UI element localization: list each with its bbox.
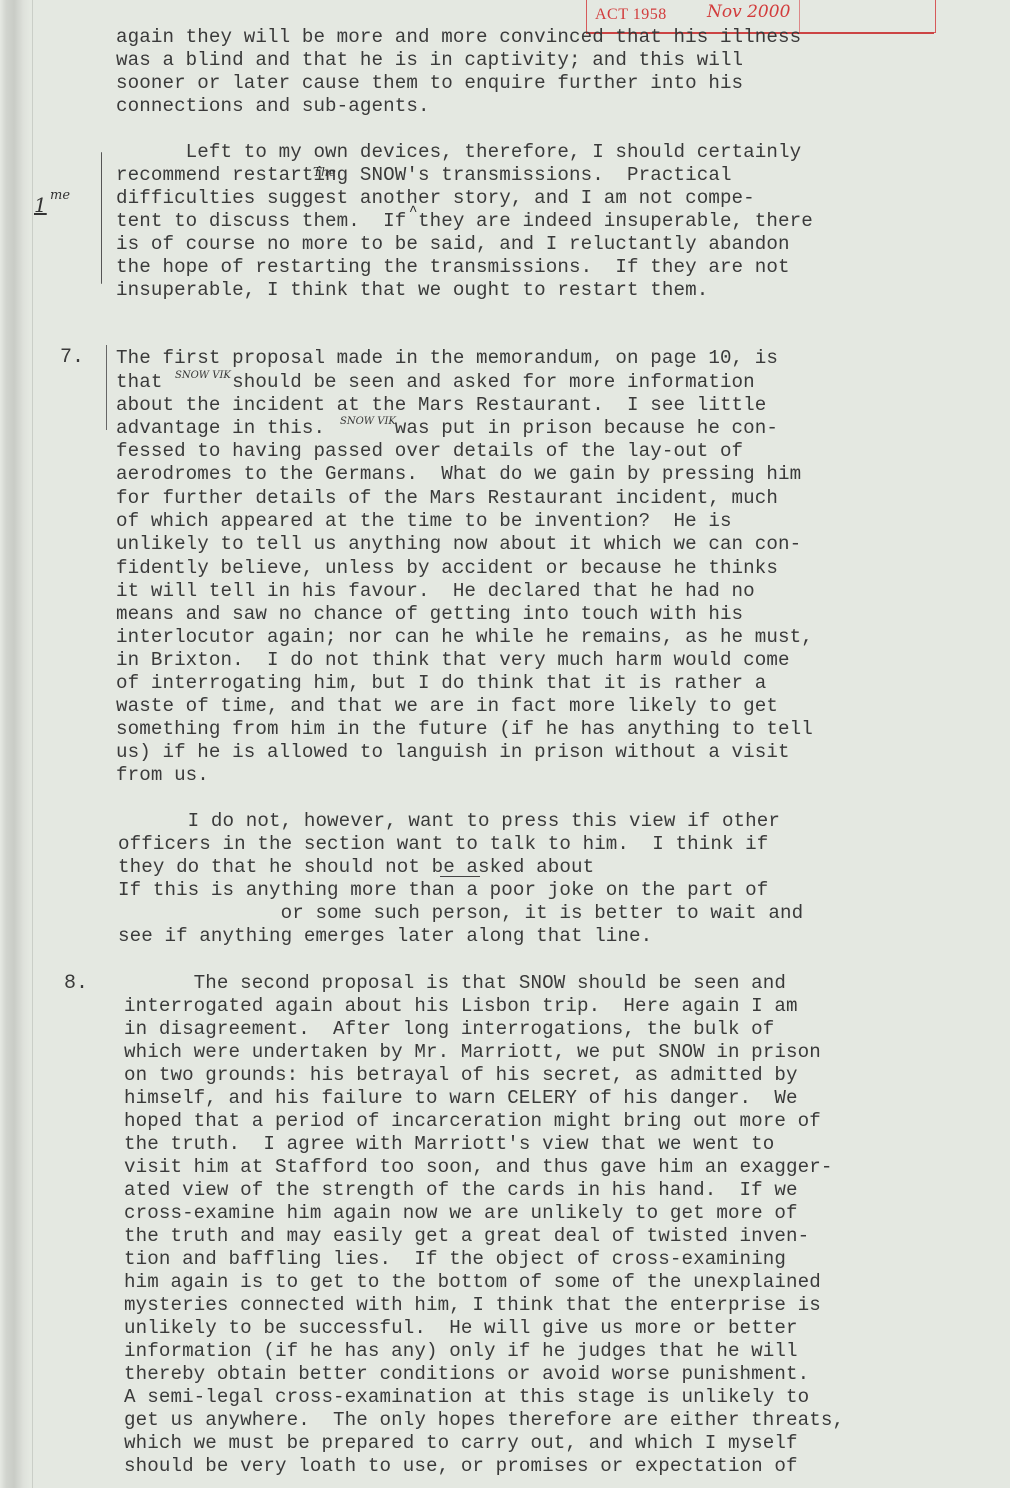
text-line: mysteries connected with him, I think th… [124,1294,821,1317]
text-line: which were undertaken by Mr. Marriott, w… [124,1041,821,1064]
margin-note-text: me [50,188,70,203]
text-line: in Brixton. I do not think that very muc… [116,649,790,672]
margin-bar-para-7 [106,345,107,430]
page-edge-shadow [0,0,30,1488]
text-line: him again is to get to the bottom of som… [124,1271,821,1294]
paragraph-number-8: 8. [64,972,88,995]
text-line: I do not, however, want to press this vi… [118,810,780,833]
text-line: interrogated again about his Lisbon trip… [124,995,798,1018]
text-line: ated view of the strength of the cards i… [124,1179,798,1202]
text-line: sooner or later cause them to enquire fu… [116,72,743,95]
text-line: If this is anything more than a poor jok… [118,879,768,902]
text-line: of which appeared at the time to be inve… [116,510,732,533]
text-line: connections and sub-agents. [116,95,430,118]
stamp-number-label: Nov 2000 [707,2,790,22]
text-line: hoped that a period of incarceration mig… [124,1110,821,1133]
text-line: unlikely to be successful. He will give … [124,1317,798,1340]
not-underline [440,876,480,877]
text-line: The second proposal is that SNOW should … [124,972,786,995]
text-line: insuperable, I think that we ought to re… [116,279,708,302]
text-line: in disagreement. After long interrogatio… [124,1018,774,1041]
text-line: aerodromes to the Germans. What do we ga… [116,463,801,486]
text-line: fessed to having passed over details of … [116,440,743,463]
text-line: on two grounds: his betrayal of his secr… [124,1064,798,1087]
text-line: advantage in this. was put in prison bec… [116,417,778,440]
text-line: get us anywhere. The only hopes therefor… [124,1409,844,1432]
text-line: the hope of restarting the transmissions… [116,256,790,279]
text-line: The first proposal made in the memorandu… [116,347,778,370]
stamp-act-label: ACT 1958 [595,6,667,24]
text-line: information (if he has any) only if he j… [124,1340,798,1363]
text-line: tent to discuss them. If they are indeed… [116,210,813,233]
page-edge-line [32,0,33,1488]
text-line: Left to my own devices, therefore, I sho… [116,141,801,164]
text-line: recommend restarting SNOW's transmission… [116,164,732,187]
text-line: see if anything emerges later along that… [118,925,652,948]
text-line: the truth and may easily get a great dea… [124,1225,809,1248]
text-line: interlocutor again; nor can he while he … [116,626,813,649]
text-line: from us. [116,764,209,787]
text-line: or some such person, it is better to wai… [118,902,803,925]
text-line: something from him in the future (if he … [116,718,813,741]
text-line: thereby obtain better conditions or avoi… [124,1363,809,1386]
text-line: of interrogating him, but I do think tha… [116,672,766,695]
margin-bracket-left-to-devices [101,152,102,284]
paragraph-number-7: 7. [60,346,84,369]
text-line: us) if he is allowed to languish in pris… [116,741,790,764]
text-line: is of course no more to be said, and I r… [116,233,790,256]
text-line: that should be seen and asked for more i… [116,371,755,394]
text-line: cross-examine him again now we are unlik… [124,1202,798,1225]
text-line: about the incident at the Mars Restauran… [116,394,766,417]
text-line: which we must be prepared to carry out, … [124,1432,798,1455]
text-line: waste of time, and that we are in fact m… [116,695,778,718]
text-line: again they will be more and more convinc… [116,26,801,49]
text-line: tion and baffling lies. If the object of… [124,1248,786,1271]
text-line: himself, and his failure to warn CELERY … [124,1087,798,1110]
text-line: officers in the section want to talk to … [118,833,768,856]
margin-note-number: 1 [34,193,47,217]
text-line: should be very loath to use, or promises… [124,1455,798,1478]
text-line: fidently believe, unless by accident or … [116,557,778,580]
text-line: for further details of the Mars Restaura… [116,487,778,510]
text-line: was a blind and that he is in captivity;… [116,49,743,72]
text-line: A semi-legal cross-examination at this s… [124,1386,809,1409]
text-line: they do that he should not be asked abou… [118,856,594,879]
text-line: unlikely to tell us anything now about i… [116,533,801,556]
text-line: difficulties suggest another story, and … [116,187,755,210]
text-line: means and saw no chance of getting into … [116,603,743,626]
text-line: it will tell in his favour. He declared … [116,580,755,603]
text-line: visit him at Stafford too soon, and thus… [124,1156,832,1179]
text-line: the truth. I agree with Marriott's view … [124,1133,774,1156]
